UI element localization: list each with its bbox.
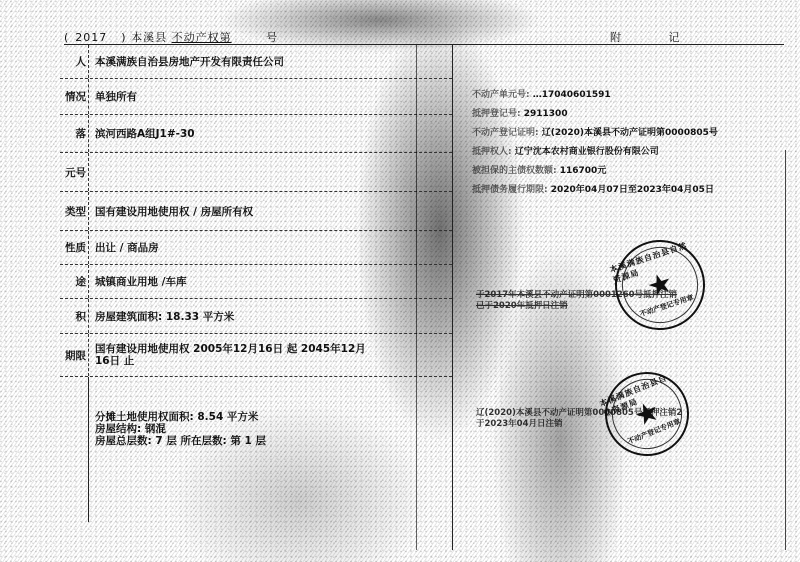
row-value-unit-number bbox=[89, 153, 95, 191]
header-region: ) 本溪县 bbox=[121, 31, 167, 44]
row-label-owner: 人 bbox=[60, 45, 89, 78]
other-line-3: 房屋总层数: 7 层 所在层数: 第 1 层 bbox=[95, 435, 266, 447]
header-prefix: ( bbox=[64, 31, 69, 44]
term-line-1: 国有建设用地使用权 2005年12月16日 起 2045年12月 bbox=[95, 343, 366, 355]
row-value-location: 滨河西路A组J1#-30 bbox=[89, 115, 195, 152]
term-line-2: 16日 止 bbox=[95, 355, 134, 367]
table-row: 期限 国有建设用地使用权 2005年12月16日 起 2045年12月 16日 … bbox=[60, 334, 452, 377]
note-line: 不动产单元号: …17040601591 bbox=[472, 86, 718, 105]
table-row: 途 城镇商业用地 /车库 bbox=[60, 265, 452, 299]
row-label-unit-number: 元号 bbox=[60, 153, 89, 191]
row-value-nature: 出让 / 商品房 bbox=[89, 231, 159, 264]
row-label-area: 积 bbox=[60, 299, 89, 333]
certificate-header: (2017) 本溪县 不动产权第 号 bbox=[64, 29, 278, 45]
table-row: 分摊土地使用权面积: 8.54 平方米 房屋结构: 钢混 房屋总层数: 7 层 … bbox=[60, 377, 452, 522]
note-line: 不动产登记证明: 辽(2020)本溪县不动产证明第0000805号 bbox=[472, 124, 718, 143]
table-row: 人 本溪满族自治县房地产开发有限责任公司 bbox=[60, 45, 452, 79]
appendix-heading: 附 记 bbox=[610, 29, 702, 45]
table-row: 落 滨河西路A组J1#-30 bbox=[60, 115, 452, 153]
official-seal: 本溪满族自治县自然资源局 ★ 不动产登记专用章 bbox=[592, 359, 701, 468]
table-row: 性质 出让 / 商品房 bbox=[60, 231, 452, 265]
row-value-ownership: 单独所有 bbox=[89, 79, 137, 114]
row-value-usage: 城镇商业用地 /车库 bbox=[89, 265, 187, 298]
header-title: 不动产权第 bbox=[172, 31, 232, 44]
row-label-usage: 途 bbox=[60, 265, 89, 298]
table-row: 积 房屋建筑面积: 18.33 平方米 bbox=[60, 299, 452, 334]
other-line-2: 房屋结构: 钢混 bbox=[95, 423, 166, 435]
note-line: 抵押债务履行期限: 2020年04月07日至2023年04月05日 bbox=[472, 181, 718, 200]
row-value-owner: 本溪满族自治县房地产开发有限责任公司 bbox=[89, 45, 284, 78]
certificate-page: (2017) 本溪县 不动产权第 号 附 记 人 本溪满族自治县房地产开发有限责… bbox=[0, 0, 800, 562]
header-year: 2017 bbox=[75, 31, 107, 44]
table-row: 元号 bbox=[60, 153, 452, 192]
appendix-notes: 不动产单元号: …17040601591 抵押登记号: 2911300 不动产登… bbox=[472, 86, 718, 200]
row-value-area: 房屋建筑面积: 18.33 平方米 bbox=[89, 299, 234, 333]
row-value-other: 分摊土地使用权面积: 8.54 平方米 房屋结构: 钢混 房屋总层数: 7 层 … bbox=[89, 377, 266, 522]
note-line: 抵押登记号: 2911300 bbox=[472, 105, 718, 124]
row-value-right-type: 国有建设用地使用权 / 房屋所有权 bbox=[89, 192, 253, 230]
property-info-table: 人 本溪满族自治县房地产开发有限责任公司 情况 单独所有 落 滨河西路A组J1#… bbox=[60, 45, 452, 522]
row-label-right-type: 类型 bbox=[60, 192, 89, 230]
table-row: 情况 单独所有 bbox=[60, 79, 452, 115]
row-label-other bbox=[60, 377, 89, 522]
row-value-term: 国有建设用地使用权 2005年12月16日 起 2045年12月 16日 止 bbox=[89, 334, 366, 376]
center-divider bbox=[452, 45, 453, 550]
row-label-nature: 性质 bbox=[60, 231, 89, 264]
header-suffix: 号 bbox=[266, 31, 278, 44]
row-label-location: 落 bbox=[60, 115, 89, 152]
official-seal: 本溪满族自治县自然资源局 ★ 不动产登记专用章 bbox=[603, 228, 716, 341]
right-border bbox=[785, 150, 786, 550]
row-label-ownership: 情况 bbox=[60, 79, 89, 114]
note-line: 抵押权人: 辽宁沈本农村商业银行股份有限公司 bbox=[472, 143, 718, 162]
fold-line bbox=[416, 45, 417, 550]
table-row: 类型 国有建设用地使用权 / 房屋所有权 bbox=[60, 192, 452, 231]
row-label-term: 期限 bbox=[60, 334, 89, 376]
note-line: 被担保的主债权数额: 116700元 bbox=[472, 162, 718, 181]
other-line-1: 分摊土地使用权面积: 8.54 平方米 bbox=[95, 411, 258, 423]
